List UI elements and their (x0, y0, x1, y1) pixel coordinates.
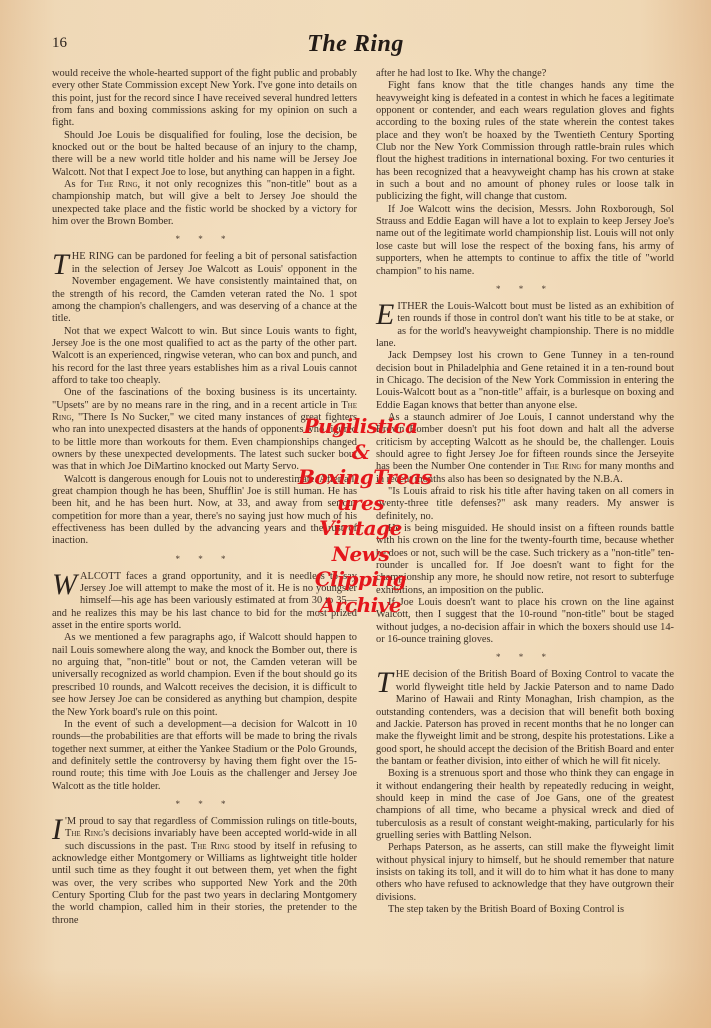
paragraph: would receive the whole-hearted support … (52, 68, 357, 130)
paragraph: EITHER the Louis-Walcott bout must be li… (376, 301, 674, 350)
paragraph: Fight fans know that the title changes h… (376, 80, 674, 203)
magazine-page: 16 The Ring would receive the whole-hear… (0, 0, 711, 1028)
paragraph: Not that we expect Walcott to win. But s… (52, 326, 357, 388)
publication-title: The Ring (0, 31, 711, 58)
drop-cap: E (376, 303, 394, 327)
publication-name: The Ring (543, 461, 581, 472)
paragraph: THE RING can be pardoned for feeling a b… (52, 251, 357, 325)
watermark-line: Vintage (298, 516, 423, 542)
paragraph: Jack Dempsey lost his crown to Gene Tunn… (376, 350, 674, 412)
publication-name: The Ring (191, 841, 230, 852)
archive-watermark: Pugilistica & BoxingTreas ures Vintage N… (298, 414, 423, 618)
watermark-line: Clipping (298, 567, 423, 593)
section-separator: * * * (52, 233, 357, 245)
paragraph: In the event of such a development—a dec… (52, 719, 357, 793)
section-separator: * * * (52, 798, 357, 810)
section-separator: * * * (376, 283, 674, 295)
paragraph: If Joe Walcott wins the decision, Messrs… (376, 204, 674, 278)
paragraph: I'M proud to say that regardless of Comm… (52, 816, 357, 927)
publication-name: The Ring (98, 179, 138, 190)
watermark-line: Archive (298, 593, 423, 619)
drop-cap: T (376, 671, 393, 695)
watermark-line: News (298, 542, 423, 568)
paragraph: As we mentioned a few paragraphs ago, if… (52, 632, 357, 718)
paragraph: THE decision of the British Board of Box… (376, 669, 674, 768)
watermark-line: BoxingTreas (298, 465, 423, 491)
section-separator: * * * (376, 651, 674, 663)
watermark-line: Pugilistica (298, 414, 423, 440)
publication-name: The Ring (65, 828, 103, 839)
drop-cap: T (52, 253, 69, 277)
watermark-line: ures (298, 491, 423, 517)
paragraph: Perhaps Paterson, as he asserts, can sti… (376, 842, 674, 904)
watermark-line: & (298, 440, 423, 466)
paragraph: after he had lost to Ike. Why the change… (376, 68, 674, 80)
paragraph: As for The Ring, it not only recognizes … (52, 179, 357, 228)
drop-cap: I (52, 818, 62, 842)
paragraph: The step taken by the British Board of B… (376, 904, 674, 916)
paragraph: Boxing is a strenuous sport and those wh… (376, 768, 674, 842)
paragraph: Should Joe Louis be disqualified for fou… (52, 130, 357, 179)
drop-cap: W (52, 573, 77, 597)
